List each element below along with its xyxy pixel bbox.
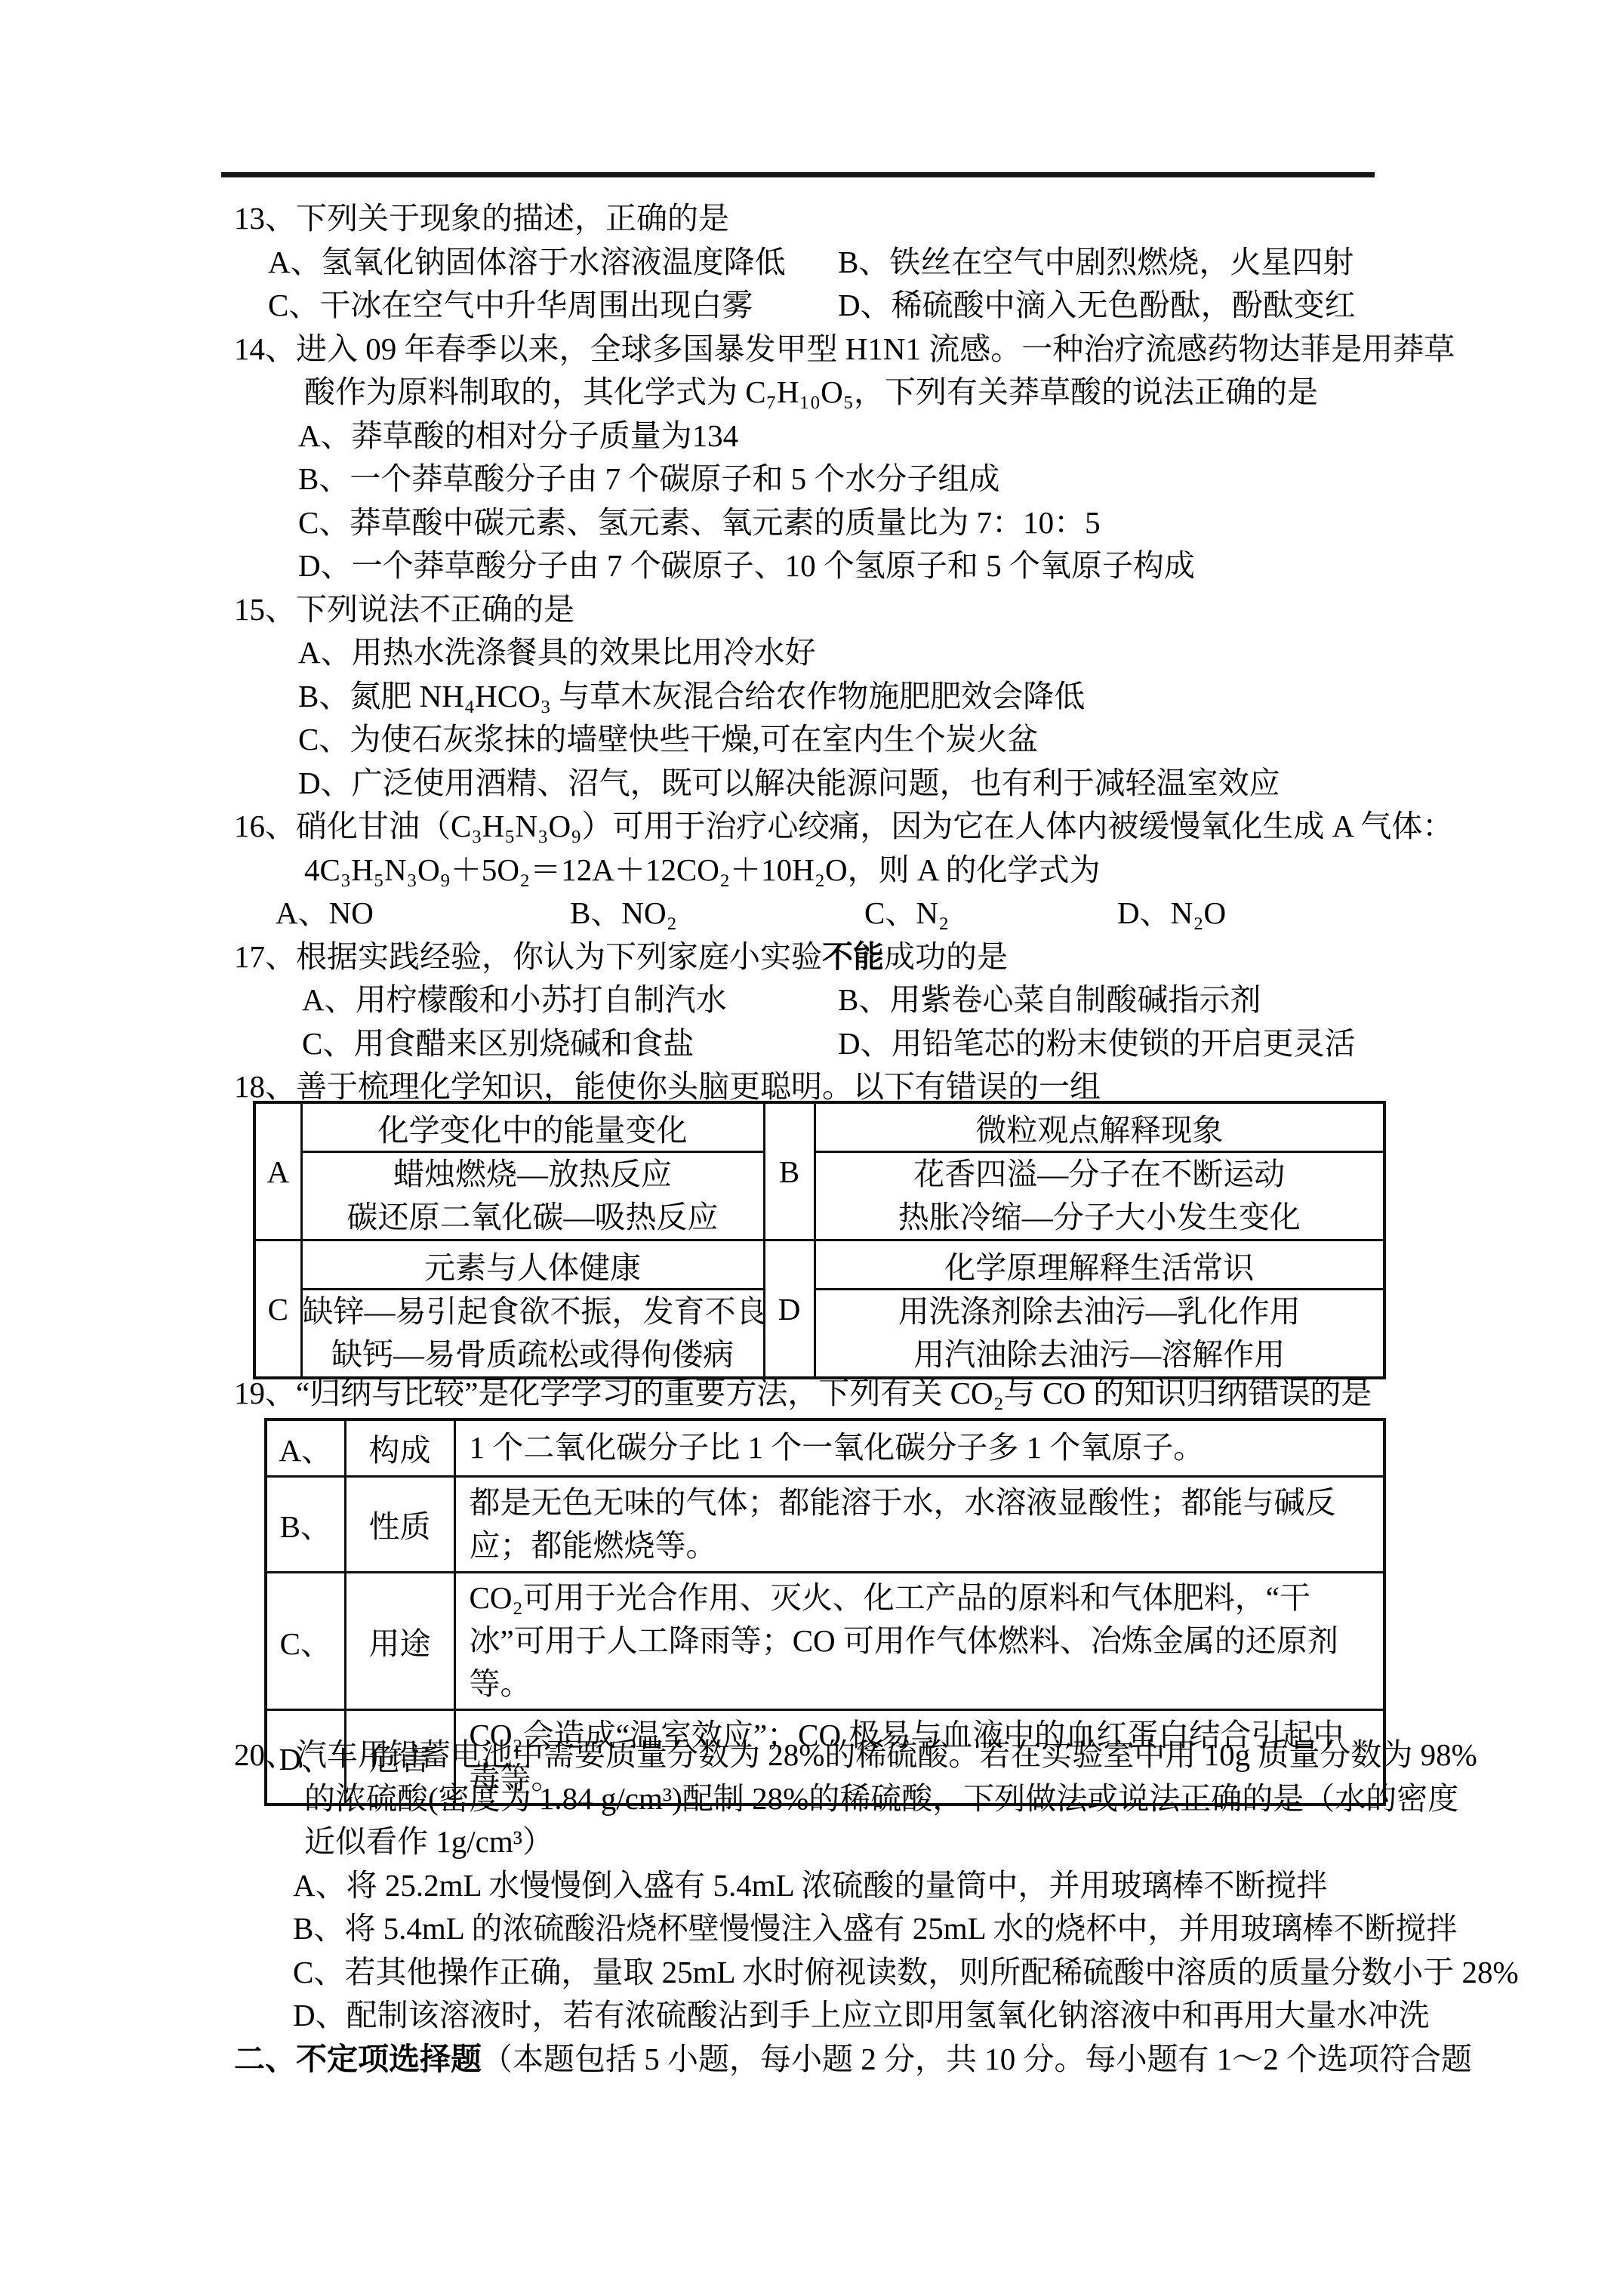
q17-option-c: C、用食醋来区别烧碱和食盐	[302, 1022, 694, 1066]
t18-b-line1: 花香四溢—分子在不断运动	[816, 1153, 1384, 1196]
question-16-options-row: A、NO B、NO₂ C、N₂ D、N₂O	[234, 892, 1400, 935]
question-17-stem-pre: 17、根据实践经验，你认为下列家庭小实验	[234, 939, 822, 974]
question-14-stem-line-2: 酸作为原料制取的，其化学式为 C₇H₁₀O₅，下列有关莽草酸的说法正确的是	[234, 371, 1400, 415]
t19-a-content: 1 个二氧化碳分子比 1 个一氧化碳分子多 1 个氧原子。	[454, 1419, 1384, 1476]
q15-option-a: A、用热水洗涤餐具的效果比用冷水好	[234, 631, 1400, 675]
q14-option-b: B、一个莽草酸分子由 7 个碳原子和 5 个水分子组成	[234, 458, 1400, 501]
t18-row-cd-body: 缺锌—易引起食欲不振，发育不良 缺钙—易骨质疏松或得佝偻病 用洗涤剂除去油污—乳…	[254, 1290, 1384, 1379]
t19-b-content: 都是无色无味的气体；都能溶于水，水溶液显酸性；都能与碱反应；都能燃烧等。	[454, 1476, 1384, 1572]
t19-c-letter: C、	[266, 1572, 345, 1709]
question-13-stem-text: 13、下列关于现象的描述，正确的是	[234, 201, 729, 236]
question-17-stem-bold: 不能	[822, 939, 884, 974]
q14-option-a-text: A、莽草酸的相对分子质量为134	[298, 418, 738, 453]
question-20-stem-line-3: 近似看作 1g/cm³）	[234, 1820, 1400, 1864]
q15-option-d-text: D、广泛使用酒精、沼气，既可以解决能源问题，也有利于减轻温室效应	[298, 766, 1280, 800]
section-2-description: （本题包括 5 小题，每小题 2 分，共 10 分。每小题有 1～2 个选项符合…	[482, 2042, 1472, 2076]
question-13-stem: 13、下列关于现象的描述，正确的是	[234, 197, 1400, 241]
question-14-stem-text-1: 14、进入 09 年春季以来，全球多国暴发甲型 H1N1 流感。一种治疗流感药物…	[234, 331, 1455, 366]
t18-d-line1: 用洗涤剂除去油污—乳化作用	[816, 1290, 1384, 1333]
t18-d-line2: 用汽油除去油污—溶解作用	[816, 1333, 1384, 1376]
t18-row-ab-header: A 化学变化中的能量变化 B 微粒观点解释现象	[254, 1102, 1384, 1152]
question-16-stem-text: 16、硝化甘油（C₃H₅N₃O₉）可用于治疗心绞痛，因为它在人体内被缓慢氧化生成…	[234, 809, 1453, 843]
t18-cell-b-header: 微粒观点解释现象	[815, 1102, 1384, 1152]
questions-block-1: 13、下列关于现象的描述，正确的是 A、氢氧化钠固体溶于水溶液温度降低 B、铁丝…	[234, 197, 1400, 1109]
question-15-stem-text: 15、下列说法不正确的是	[234, 592, 574, 627]
q15-option-b: B、氮肥 NH₄HCO₃ 与草木灰混合给农作物施肥肥效会降低	[234, 675, 1400, 719]
q20-option-a-text: A、将 25.2mL 水慢慢倒入盛有 5.4mL 浓硫酸的量筒中，并用玻璃棒不断…	[293, 1868, 1327, 1903]
question-20-stem-line-1: 20、汽车用铅蓄电池中需要质量分数为 28%的稀硫酸。若在实验室中用 10g 质…	[234, 1734, 1400, 1777]
question-20-stem-text-1: 20、汽车用铅蓄电池中需要质量分数为 28%的稀硫酸。若在实验室中用 10g 质…	[234, 1737, 1477, 1772]
q14-option-d: D、一个莽草酸分子由 7 个碳原子、10 个氢原子和 5 个氧原子构成	[234, 544, 1400, 588]
t18-c-line1: 缺锌—易引起食欲不振，发育不良	[303, 1290, 763, 1333]
question-17-stem-post: 成功的是	[884, 939, 1008, 974]
t18-c-line2: 缺钙—易骨质疏松或得佝偻病	[303, 1333, 763, 1376]
questions-block-2: 20、汽车用铅蓄电池中需要质量分数为 28%的稀硫酸。若在实验室中用 10g 质…	[234, 1734, 1400, 2081]
q20-option-a: A、将 25.2mL 水慢慢倒入盛有 5.4mL 浓硫酸的量筒中，并用玻璃棒不断…	[234, 1864, 1400, 1908]
question-16-equation-text: 4C₃H₅N₃O₉＋5O₂＝12A＋12CO₂＋10H₂O，则 A 的化学式为	[304, 852, 1100, 887]
question-19-stem: 19、“归纳与比较”是化学学习的重要方法，下列有关 CO₂与 CO 的知识归纳错…	[234, 1371, 1372, 1415]
t18-cell-c-body: 缺锌—易引起食欲不振，发育不良 缺钙—易骨质疏松或得佝偻病	[301, 1290, 764, 1379]
q15-option-c-text: C、为使石灰浆抹的墙壁快些干燥,可在室内生个炭火盆	[298, 722, 1039, 757]
t18-cell-a-body: 蜡烛燃烧—放热反应 碳还原二氧化碳—吸热反应	[301, 1152, 764, 1240]
t18-row-ab-body: 蜡烛燃烧—放热反应 碳还原二氧化碳—吸热反应 花香四溢—分子在不断运动 热胀冷缩…	[254, 1152, 1384, 1240]
t19-c-category: 用途	[345, 1572, 454, 1709]
t19-b-letter: B、	[266, 1476, 345, 1572]
q13-option-d: D、稀硫酸中滴入无色酚酞，酚酞变红	[838, 284, 1356, 328]
question-20-stem-line-2: 的浓硫酸(密度为 1.84 g/cm³)配制 28%的稀硫酸，下列做法或说法正确…	[234, 1777, 1400, 1821]
question-16-stem: 16、硝化甘油（C₃H₅N₃O₉）可用于治疗心绞痛，因为它在人体内被缓慢氧化生成…	[234, 805, 1400, 849]
q15-option-d: D、广泛使用酒精、沼气，既可以解决能源问题，也有利于减轻温室效应	[234, 762, 1400, 806]
q15-option-b-text: B、氮肥 NH₄HCO₃ 与草木灰混合给农作物施肥肥效会降低	[298, 679, 1085, 713]
q20-option-b-text: B、将 5.4mL 的浓硫酸沿烧杯壁慢慢注入盛有 25mL 水的烧杯中，并用玻璃…	[293, 1911, 1457, 1946]
q16-option-a: A、NO	[276, 892, 374, 935]
t18-a-line2: 碳还原二氧化碳—吸热反应	[303, 1196, 763, 1239]
t18-cell-c-letter: C	[254, 1240, 301, 1379]
q17-option-d: D、用铅笔芯的粉末使锁的开启更灵活	[838, 1022, 1356, 1066]
q16-option-c: C、N₂	[864, 892, 949, 935]
q17-option-b: B、用紫卷心菜自制酸碱指示剂	[838, 978, 1261, 1022]
t19-row-b: B、 性质 都是无色无味的气体；都能溶于水，水溶液显酸性；都能与碱反应；都能燃烧…	[266, 1476, 1384, 1572]
q20-option-b: B、将 5.4mL 的浓硫酸沿烧杯壁慢慢注入盛有 25mL 水的烧杯中，并用玻璃…	[234, 1907, 1400, 1951]
question-20-stem-text-2: 的浓硫酸(密度为 1.84 g/cm³)配制 28%的稀硫酸，下列做法或说法正确…	[304, 1781, 1458, 1816]
t18-cell-c-header: 元素与人体健康	[301, 1240, 764, 1290]
question-16-equation: 4C₃H₅N₃O₉＋5O₂＝12A＋12CO₂＋10H₂O，则 A 的化学式为	[234, 849, 1400, 892]
question-17-options-row-1: A、用柠檬酸和小苏打自制汽水 B、用紫卷心菜自制酸碱指示剂	[234, 978, 1400, 1022]
q14-option-d-text: D、一个莽草酸分子由 7 个碳原子、10 个氢原子和 5 个氧原子构成	[298, 548, 1195, 583]
q14-option-b-text: B、一个莽草酸分子由 7 个碳原子和 5 个水分子组成	[298, 461, 999, 496]
t18-cell-b-body: 花香四溢—分子在不断运动 热胀冷缩—分子大小发生变化	[815, 1152, 1384, 1240]
t18-a-line1: 蜡烛燃烧—放热反应	[303, 1153, 763, 1196]
t18-cell-b-letter: B	[764, 1102, 815, 1240]
t18-cell-a-header: 化学变化中的能量变化	[301, 1102, 764, 1152]
q15-option-c: C、为使石灰浆抹的墙壁快些干燥,可在室内生个炭火盆	[234, 718, 1400, 762]
q14-option-a: A、莽草酸的相对分子质量为134	[234, 415, 1400, 458]
question-20-stem-text-3: 近似看作 1g/cm³）	[304, 1824, 553, 1859]
t19-c-content: CO₂可用于光合作用、灭火、化工产品的原料和气体肥料，“干冰”可用于人工降雨等；…	[454, 1572, 1384, 1709]
question-17-options-row-2: C、用食醋来区别烧碱和食盐 D、用铅笔芯的粉末使锁的开启更灵活	[234, 1022, 1400, 1066]
question-15-stem: 15、下列说法不正确的是	[234, 588, 1400, 632]
t19-b-category: 性质	[345, 1476, 454, 1572]
q16-option-d: D、N₂O	[1117, 892, 1226, 935]
t19-row-a: A、 构成 1 个二氧化碳分子比 1 个一氧化碳分子多 1 个氧原子。	[266, 1419, 1384, 1476]
question-13-options-row-1: A、氢氧化钠固体溶于水溶液温度降低 B、铁丝在空气中剧烈燃烧，火星四射	[234, 241, 1400, 285]
section-2-heading: 二、不定项选择题（本题包括 5 小题，每小题 2 分，共 10 分。每小题有 1…	[234, 2038, 1400, 2082]
t19-row-c: C、 用途 CO₂可用于光合作用、灭火、化工产品的原料和气体肥料，“干冰”可用于…	[266, 1572, 1384, 1709]
question-19-stem-text: 19、“归纳与比较”是化学学习的重要方法，下列有关 CO₂与 CO 的知识归纳错…	[234, 1376, 1372, 1410]
question-14-stem-text-2: 酸作为原料制取的，其化学式为 C₇H₁₀O₅，下列有关莽草酸的说法正确的是	[304, 374, 1318, 409]
q15-option-a-text: A、用热水洗涤餐具的效果比用冷水好	[298, 635, 816, 670]
q20-option-d: D、配制该溶液时，若有浓硫酸沾到手上应立即用氢氧化钠溶液中和再用大量水冲洗	[234, 1994, 1400, 2038]
question-14-stem-line-1: 14、进入 09 年春季以来，全球多国暴发甲型 H1N1 流感。一种治疗流感药物…	[234, 328, 1400, 371]
t19-a-letter: A、	[266, 1419, 345, 1476]
q13-option-a: A、氢氧化钠固体溶于水溶液温度降低	[268, 241, 786, 285]
t18-cell-d-header: 化学原理解释生活常识	[815, 1240, 1384, 1290]
t18-cell-d-body: 用洗涤剂除去油污—乳化作用 用汽油除去油污—溶解作用	[815, 1290, 1384, 1379]
section-2-title: 二、不定项选择题	[234, 2042, 482, 2076]
question-17-stem: 17、根据实践经验，你认为下列家庭小实验不能成功的是	[234, 935, 1400, 979]
q13-option-b: B、铁丝在空气中剧烈燃烧，火星四射	[838, 241, 1354, 285]
q14-option-c: C、莽草酸中碳元素、氢元素、氧元素的质量比为 7：10：5	[234, 501, 1400, 545]
q13-option-c: C、干冰在空气中升华周围出现白雾	[268, 284, 753, 328]
q14-option-c-text: C、莽草酸中碳元素、氢元素、氧元素的质量比为 7：10：5	[298, 505, 1101, 540]
q20-option-d-text: D、配制该溶液时，若有浓硫酸沾到手上应立即用氢氧化钠溶液中和再用大量水冲洗	[293, 1998, 1430, 2032]
q20-option-c: C、若其他操作正确，量取 25mL 水时俯视读数，则所配稀硫酸中溶质的质量分数小…	[234, 1951, 1400, 1995]
top-rule	[221, 172, 1375, 177]
t19-a-category: 构成	[345, 1419, 454, 1476]
t18-cell-a-letter: A	[254, 1102, 301, 1240]
question-18-table: A 化学变化中的能量变化 B 微粒观点解释现象 蜡烛燃烧—放热反应 碳还原二氧化…	[253, 1101, 1386, 1379]
question-18-stem-text: 18、善于梳理化学知识，能使你头脑更聪明。以下有错误的一组	[234, 1069, 1101, 1104]
q17-option-a: A、用柠檬酸和小苏打自制汽水	[302, 978, 727, 1022]
t18-cell-d-letter: D	[764, 1240, 815, 1379]
q20-option-c-text: C、若其他操作正确，量取 25mL 水时俯视读数，则所配稀硫酸中溶质的质量分数小…	[293, 1955, 1519, 1989]
q16-option-b: B、NO₂	[570, 892, 677, 935]
t18-row-cd-header: C 元素与人体健康 D 化学原理解释生活常识	[254, 1240, 1384, 1290]
question-13-options-row-2: C、干冰在空气中升华周围出现白雾 D、稀硫酸中滴入无色酚酞，酚酞变红	[234, 284, 1400, 328]
t18-b-line2: 热胀冷缩—分子大小发生变化	[816, 1196, 1384, 1239]
